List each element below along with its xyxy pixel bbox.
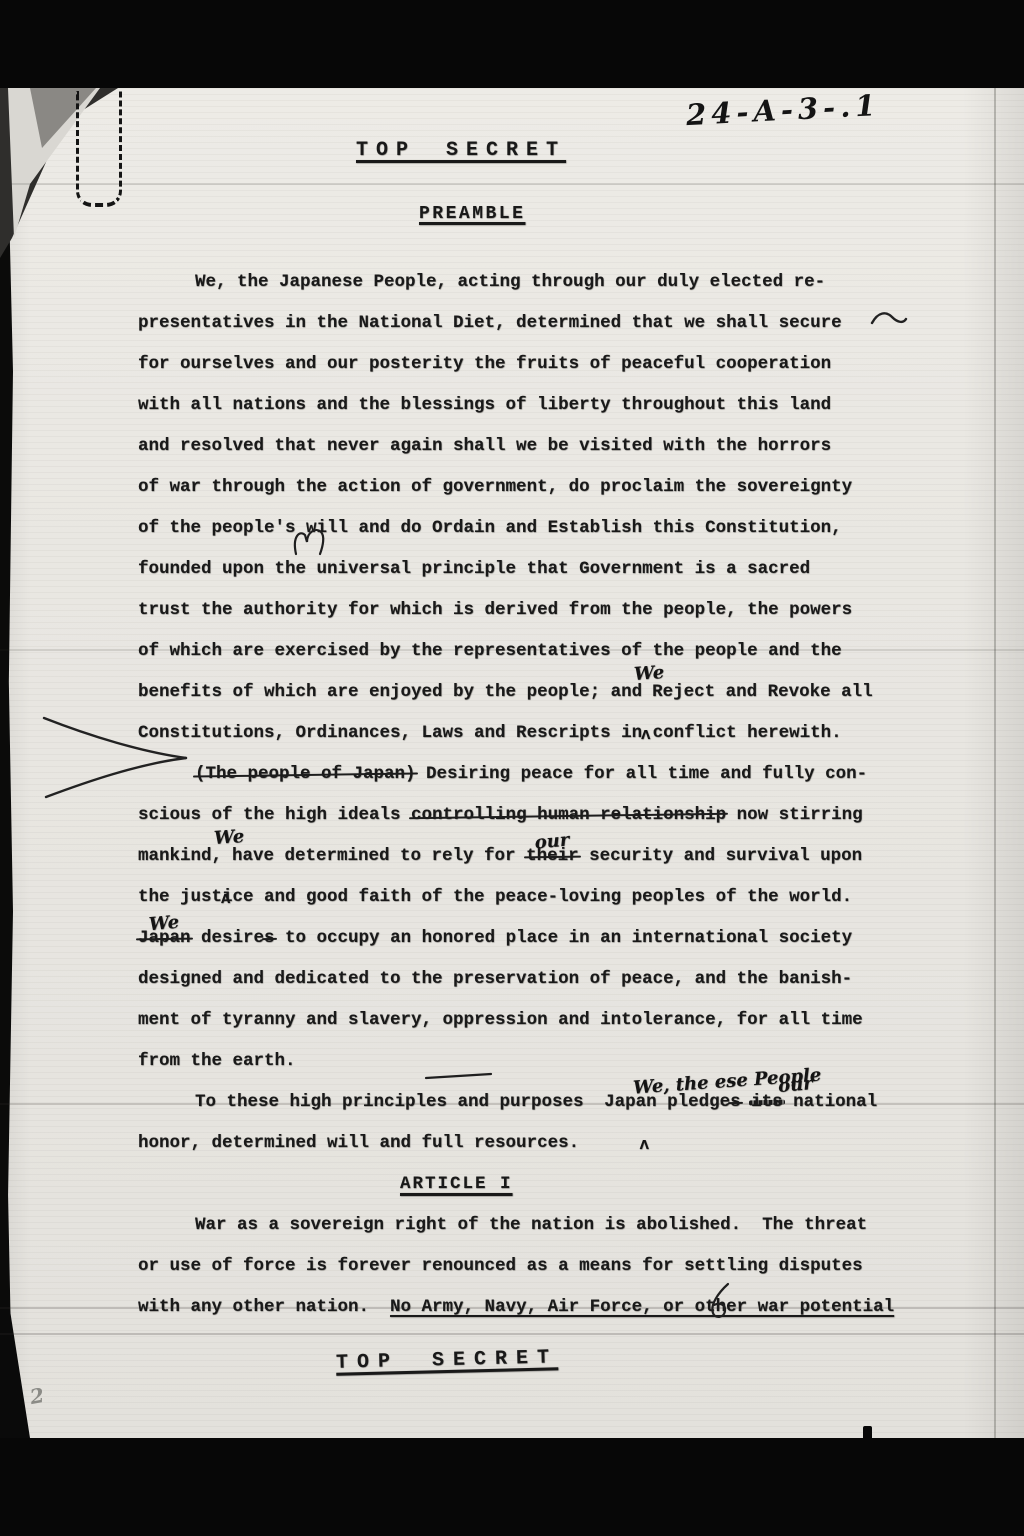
text-segment: theirour [526,846,579,866]
document-line: We, the Japanese People, acting through … [138,262,882,303]
handwritten-correction: We [148,914,180,935]
text-segment: We, the Japanese People, acting through … [195,272,825,292]
text-segment: Desiring peace for all time and fully co… [416,764,868,784]
text-segment: Constitutions, Ordinances, Laws and Resc… [138,723,842,743]
margin-caret-mark [38,702,193,802]
document-line: JapanWe desires to occupy an honored pla… [138,918,882,959]
document-line: designed and dedicated to the preservati… [138,959,882,1000]
text-segment: national [783,1092,878,1112]
text-segment: ARTICLE I [400,1174,513,1194]
document-line: founded upon the universal principle tha… [138,549,882,590]
text-segment: mankind, [138,846,222,866]
text-segment: with all nations and the blessings of li… [138,395,831,415]
text-segment: benefits of which are enjoyed by the peo… [138,682,642,702]
document-line: of the people's will and do Ordain and E… [138,508,882,549]
text-segment: and resolved that never again shall we b… [138,436,831,456]
document-line: trust the authority for which is derived… [138,590,882,631]
document-line: with all nations and the blessings of li… [138,385,882,426]
page-fold-line [994,88,996,1438]
text-segment: trust the authority for which is derived… [138,600,852,620]
document-line: presentatives in the National Diet, dete… [138,303,882,344]
text-segment: JapanWe [138,928,191,948]
document-line: (The people of Japan) Desiring peace for… [138,754,882,795]
text-segment: have determined to rely for [232,846,526,866]
classification-header: TOP SECRET [356,139,566,162]
text-segment: of which are exercised by the representa… [138,641,842,661]
text-segment: ment of tyranny and slavery, oppression … [138,1010,863,1030]
text-segment: Reject and Revoke all [652,682,873,702]
document-line: of war through the action of government,… [138,467,882,508]
text-segment: or use of force is forever renounced as … [138,1256,863,1276]
handwritten-dashed-bracket [76,91,122,207]
text-segment: scious of the high ideals [138,805,411,825]
text-segment: itsour [751,1092,783,1112]
document-line: with any other nation. No Army, Navy, Ai… [138,1287,882,1328]
document-line: Constitutions, Ordinances, Laws and Resc… [138,713,882,754]
text-segment: now stirring [726,805,863,825]
scan-artifact-notch [863,1426,872,1440]
document-line: and resolved that never again shall we b… [138,426,882,467]
text-segment: honor, determined will and full resource… [138,1133,579,1153]
document-line: scious of the high ideals controlling hu… [138,795,882,836]
preamble-title: PREAMBLE [419,204,525,224]
scan-border-top [0,0,1024,88]
text-segment: To these high principles and purposes [195,1092,584,1112]
text-segment: of war through the action of government,… [138,477,852,497]
document-line: or use of force is forever renounced as … [138,1246,882,1287]
text-segment: security and survival upon [579,846,863,866]
document-line: the justice and good faith of the peace-… [138,877,882,918]
handwritten-loop-mark [700,1281,736,1321]
scanned-document-page: 24-A-3-.1 TOP SECRET PREAMBLE We, the Ja… [0,0,1024,1536]
margin-tilde-mark [869,307,909,333]
text-segment: (The people of Japan) [195,764,416,784]
document-line: ment of tyranny and slavery, oppression … [138,1000,882,1041]
scan-border-bottom [0,1438,1024,1536]
document-line: War as a sovereign right of the nation i… [138,1205,882,1246]
text-segment: to occupy an honored place in an interna… [275,928,853,948]
handwritten-correction: our [534,831,570,852]
text-segment: Japan pledge [594,1092,731,1112]
text-segment: of the people's will and do Ordain and E… [138,518,842,538]
handwritten-squiggle [292,526,334,560]
text-segment: desire [191,928,265,948]
article-heading: ARTICLE I [138,1164,882,1205]
text-segment: with any other nation. [138,1297,390,1317]
text-segment: designed and dedicated to the preservati… [138,969,852,989]
document-line: mankind,WeΛhave determined to rely for t… [138,836,882,877]
document-line: benefits of which are enjoyed by the peo… [138,672,882,713]
text-segment: for ourselves and our posterity the frui… [138,354,831,374]
paper-crease [0,183,1024,185]
text-segment: s [264,928,275,948]
text-segment: the justice and good faith of the peace-… [138,887,852,907]
document-line: for ourselves and our posterity the frui… [138,344,882,385]
text-segment: founded upon the universal principle tha… [138,559,810,579]
text-segment: presentatives in the National Diet, dete… [138,313,842,333]
handwritten-dash-mark [424,1071,494,1081]
text-segment: No Army, Navy, Air Force, or other war p… [390,1297,894,1317]
text-column: We, the Japanese People, acting through … [138,262,882,1328]
document-line: honor, determined will and full resource… [138,1123,882,1164]
document-line: of which are exercised by the representa… [138,631,882,672]
text-segment: controlling human relationship [411,805,726,825]
document-line: To these high principles and purposesWe,… [138,1082,882,1123]
text-segment: from the earth. [138,1051,296,1071]
text-segment: War as a sovereign right of the nation i… [195,1215,867,1235]
paper-crease [0,1333,1024,1335]
